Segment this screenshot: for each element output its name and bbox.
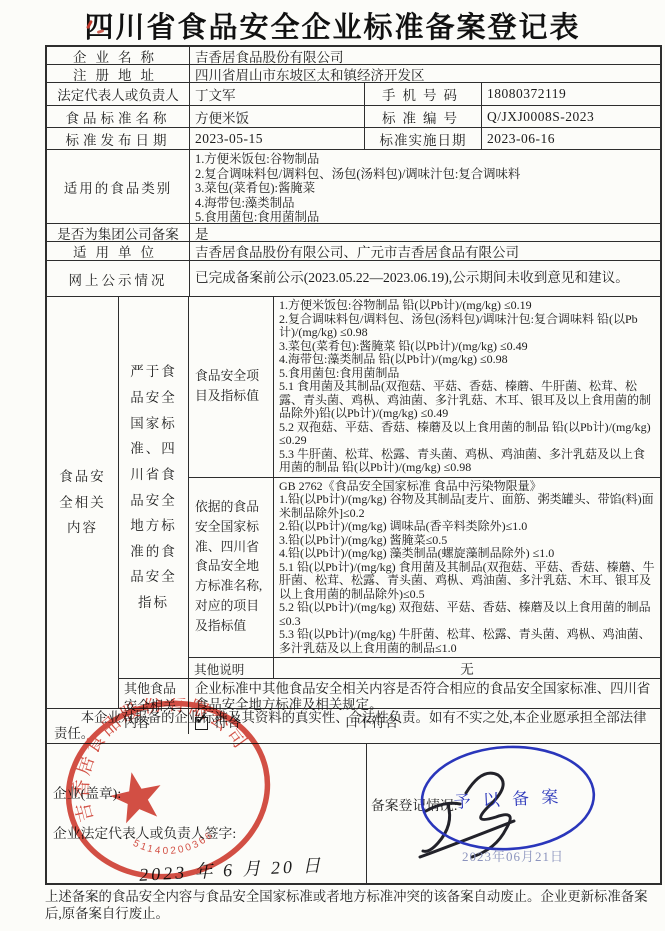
scanned-form-page: 四川省食品安全企业标准备案登记表 企业名称 吉香居食品股份有限公司 注册地址 四… bbox=[0, 0, 665, 931]
text-line: 3.菜包(菜肴包):酱腌菜 铅(以Pb计)/(mg/kg) ≤0.49 bbox=[279, 340, 655, 354]
legal-rep-value: 丁文军 bbox=[190, 83, 365, 105]
phone-value: 18080372119 bbox=[482, 83, 660, 105]
impl-date-label: 标准实施日期 bbox=[365, 128, 482, 149]
stricter-label: 严于食品安全国家标准、四川省食品安全地方标准的食品安全指标 bbox=[119, 297, 189, 678]
table-row: 适用的食品类别 1.方便米饭包:谷物制品2.复合调味料包/调料包、汤包(汤料包)… bbox=[47, 150, 660, 224]
text-line: 4.海带包:藻类制品 bbox=[195, 196, 520, 211]
text-line: 1.方便米饭包:谷物制品 铅(以Pb计)/(mg/kg) ≤0.19 bbox=[279, 299, 655, 313]
address-value: 四川省眉山市东坡区太和镇经济开发区 bbox=[190, 65, 660, 82]
text-line: 3.菜包(菜肴包):酱腌菜 bbox=[195, 181, 520, 196]
seal-number-text: 51140200366 bbox=[129, 822, 218, 866]
text-line: 5.1 铅(以Pb计)/(mg/kg) 食用菌及其制品(双孢菇、平菇、香菇、榛蘑… bbox=[279, 561, 655, 602]
text-line: 1.铅(以Pb计)/(mg/kg) 谷物及其制品[麦片、面筋、粥类罐头、带馅(料… bbox=[279, 493, 655, 520]
phone-label: 手机号码 bbox=[365, 83, 482, 105]
text-line: 1.方便米饭包:谷物制品 bbox=[195, 152, 520, 167]
text-line: 5.3 牛肝菌、松茸、松露、青头菌、鸡枞、鸡油菌、多汁乳菇及以上食用菌的制品 铅… bbox=[279, 448, 655, 475]
text-line: 2.复合调味料包/调料包、汤包(汤料包)/调味汁包:复合调味料 bbox=[195, 167, 520, 182]
text-line: 5.3 铅(以Pb计)/(mg/kg) 牛肝菌、松茸、松露、青头菌、鸡枞、鸡油菌… bbox=[279, 628, 655, 655]
basis-value: GB 2762《食品安全国家标准 食品中污染物限量》1.铅(以Pb计)/(mg/… bbox=[274, 478, 660, 658]
impl-date-value: 2023-06-16 bbox=[482, 128, 660, 149]
publish-date-label: 标准发布日期 bbox=[47, 128, 190, 149]
text-line: 5.2 铅(以Pb计)/(mg/kg) 双孢菇、平菇、香菇、榛蘑及以上食用菌的制… bbox=[279, 601, 655, 628]
other-note-label: 其他说明 bbox=[189, 658, 274, 678]
company-name-value: 吉香居食品股份有限公司 bbox=[190, 47, 660, 64]
page-title: 四川省食品安全企业标准备案登记表 bbox=[0, 5, 665, 46]
items-lines: 1.方便米饭包:谷物制品 铅(以Pb计)/(mg/kg) ≤0.192.复合调味… bbox=[274, 297, 660, 477]
publish-date-value: 2023-05-15 bbox=[190, 128, 365, 149]
text-line: 5.食用菌包:食用菌制品 bbox=[279, 367, 655, 381]
group-filing-label: 是否为集团公司备案 bbox=[47, 224, 190, 241]
table-row: 网上公示情况 已完成备案前公示(2023.05.22—2023.06.19),公… bbox=[47, 261, 660, 297]
svg-text:51140200366: 51140200366 bbox=[129, 822, 218, 866]
table-row: 食品标准名称 方便米饭 标准编号 Q/JXJ0008S-2023 bbox=[47, 106, 660, 128]
address-label: 注册地址 bbox=[47, 65, 190, 82]
standard-no-label: 标准编号 bbox=[365, 106, 482, 127]
publicity-value: 已完成备案前公示(2023.05.22—2023.06.19),公示期间未收到意… bbox=[190, 261, 660, 296]
seal-star-icon bbox=[106, 767, 166, 825]
text-line: 4.海带包:藻类制品 铅(以Pb计)/(mg/kg) ≤0.98 bbox=[279, 353, 655, 367]
text-line: 5.1 食用菌及其制品(双孢菇、平菇、香菇、榛蘑、牛肝菌、松茸、松露、青头菌、鸡… bbox=[279, 380, 655, 421]
standard-name-value: 方便米饭 bbox=[190, 106, 365, 127]
table-row: 标准发布日期 2023-05-15 标准实施日期 2023-06-16 bbox=[47, 128, 660, 150]
category-value: 1.方便米饭包:谷物制品2.复合调味料包/调料包、汤包(汤料包)/调味汁包:复合… bbox=[190, 150, 660, 223]
standard-name-label: 食品标准名称 bbox=[47, 106, 190, 127]
text-line: GB 2762《食品安全国家标准 食品中污染物限量》 bbox=[279, 480, 655, 494]
units-label: 适用单位 bbox=[47, 242, 190, 260]
standard-no-value: Q/JXJ0008S-2023 bbox=[482, 106, 660, 127]
category-lines: 1.方便米饭包:谷物制品2.复合调味料包/调料包、汤包(汤料包)/调味汁包:复合… bbox=[190, 150, 525, 223]
text-line: 4.铅(以Pb计)/(mg/kg) 藻类制品(螺旋藻制品除外) ≤1.0 bbox=[279, 547, 655, 561]
registration-stamp-text: 予 以 备 案 bbox=[453, 787, 563, 812]
table-row: 适用单位 吉香居食品股份有限公司、广元市吉香居食品有限公司 bbox=[47, 242, 660, 261]
text-line: 2.铅(以Pb计)/(mg/kg) 调味品(香辛料类除外)≤1.0 bbox=[279, 520, 655, 534]
table-row: 注册地址 四川省眉山市东坡区太和镇经济开发区 bbox=[47, 65, 660, 83]
text-line: 5.食用菌包:食用菌制品 bbox=[195, 210, 520, 223]
table-row: 法定代表人或负责人 丁文军 手机号码 18080372119 bbox=[47, 83, 660, 106]
legal-rep-label: 法定代表人或负责人 bbox=[47, 83, 190, 105]
company-name-label: 企业名称 bbox=[47, 47, 190, 64]
registration-date: 2023年06月21日 bbox=[462, 846, 564, 865]
safety-section-label: 食品安全相关内容 bbox=[47, 297, 119, 708]
items-value: 1.方便米饭包:谷物制品 铅(以Pb计)/(mg/kg) ≤0.192.复合调味… bbox=[274, 297, 660, 477]
text-line: 5.2 双孢菇、平菇、香菇、榛蘑及以上食用菌的制品 铅(以Pb计)/(mg/kg… bbox=[279, 421, 655, 448]
category-label: 适用的食品类别 bbox=[47, 150, 190, 223]
publicity-label: 网上公示情况 bbox=[47, 261, 190, 296]
text-line: 2.复合调味料包/调料包、汤包(汤料包)/调味汁包:复合调味料 铅(以Pb计)/… bbox=[279, 313, 655, 340]
table-row: 企业名称 吉香居食品股份有限公司 bbox=[47, 47, 660, 65]
basis-lines: GB 2762《食品安全国家标准 食品中污染物限量》1.铅(以Pb计)/(mg/… bbox=[274, 478, 660, 658]
text-line: 3.铅(以Pb计)/(mg/kg) 酱腌菜≤0.5 bbox=[279, 534, 655, 548]
registration-stamp: 予 以 备 案 bbox=[415, 739, 603, 860]
other-note-value: 无 bbox=[274, 658, 660, 678]
safety-section: 食品安全相关内容 严于食品安全国家标准、四川省食品安全地方标准的食品安全指标 食… bbox=[47, 297, 660, 709]
basis-label: 依据的食品安全国家标准、四川省食品安全地方标准名称,对应的项目及指标值 bbox=[189, 478, 274, 658]
table-row: 是否为集团公司备案 是 bbox=[47, 224, 660, 242]
company-seal: 吉香居食品股份有限公司 51140200366 bbox=[58, 698, 282, 888]
footnote-text: 上述备案的食品安全内容与食品安全国家标准或者地方标准冲突的该备案自动废止。企业更… bbox=[45, 889, 657, 922]
items-label: 食品安全项目及指标值 bbox=[189, 297, 274, 477]
units-value: 吉香居食品股份有限公司、广元市吉香居食品有限公司 bbox=[190, 242, 660, 260]
group-filing-value: 是 bbox=[190, 224, 660, 241]
